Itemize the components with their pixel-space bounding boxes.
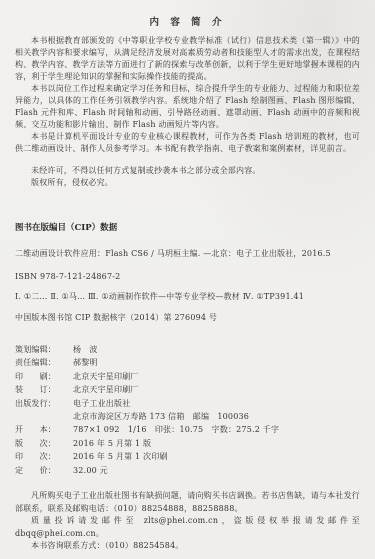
colophon-row: 版 次： 2016 年 5 月第 1 版 <box>15 437 360 450</box>
colophon-block: 策划编辑： 杨 波 责任编辑： 郝黎明 印 刷： 北京天宇星印刷厂 装 订： 北… <box>15 343 360 477</box>
colophon-label: 出版发行： <box>15 397 73 410</box>
colophon-row: 出版发行： 电子工业出版社 <box>15 397 360 410</box>
colophon-label <box>15 410 73 423</box>
colophon-value: 郝黎明 <box>73 356 360 369</box>
cip-data-block: 图书在版编目（CIP）数据 二维动画设计软件应用：Flash CS6 / 马玥桓… <box>15 221 360 323</box>
colophon-value: 2016 年 5 月第 1 版 <box>73 437 360 450</box>
colophon-value: 电子工业出版社 <box>73 397 360 410</box>
colophon-row: 印 刷： 北京天宇星印刷厂 <box>15 370 360 383</box>
service-line: 质量投诉请发邮件至 zlts@phei.com.cn，盗版侵权举报请发邮件至 d… <box>15 515 360 540</box>
cip-record-number: 中国版本图书馆 CIP 数据核字（2014）第 276094 号 <box>15 312 360 323</box>
colophon-value: 787×1 092 1/16 印张：10.75 字数：275.2 千字 <box>73 423 360 436</box>
cip-classification-line: Ⅰ. ①二… Ⅱ. ①马… Ⅲ. ①动画制作软件—中等专业学校—教材 Ⅳ. ①T… <box>15 291 360 302</box>
service-line: 凡所购买电子工业出版社图书有缺损问题，请向购买书店调换。若书店售缺，请与本社发行… <box>15 490 360 515</box>
summary-paragraph: 本书是计算机平面设计专业的专业核心课程教材，可作为各类 Flash 培训班的教材… <box>15 131 360 155</box>
copyright-notice-line: 未经许可，不得以任何方式复制或抄袭本书之部分或全部内容。 <box>15 165 360 177</box>
colophon-row: 策划编辑： 杨 波 <box>15 343 360 356</box>
cip-title-line: 二维动画设计软件应用：Flash CS6 / 马玥桓主编. —北京：电子工业出版… <box>15 248 360 259</box>
isbn-line: ISBN 978-7-121-24867-2 <box>15 271 360 282</box>
colophon-value: 杨 波 <box>73 343 360 356</box>
colophon-row: 印 次： 2016 年 5 月第 1 次印刷 <box>15 450 360 463</box>
colophon-label: 开 本： <box>15 423 73 436</box>
colophon-label: 责任编辑： <box>15 356 73 369</box>
colophon-label: 印 次： <box>15 450 73 463</box>
publisher-address: 北京市海淀区万寿路 173 信箱 邮编 100036 <box>73 410 360 423</box>
colophon-row: 定 价： 32.00 元 <box>15 464 360 477</box>
colophon-row: 北京市海淀区万寿路 173 信箱 邮编 100036 <box>15 410 360 423</box>
content-summary-title: 内 容 简 介 <box>15 14 360 28</box>
colophon-row: 责任编辑： 郝黎明 <box>15 356 360 369</box>
summary-paragraph: 本书根据教育部颁发的《中等职业学校专业教学标准（试行）信息技术类（第一辑）》中的… <box>15 35 360 83</box>
colophon-row: 开 本： 787×1 092 1/16 印张：10.75 字数：275.2 千字 <box>15 423 360 436</box>
colophon-value: 北京天宇星印刷厂 <box>73 370 360 383</box>
colophon-label: 定 价： <box>15 464 73 477</box>
price-value: 32.00 元 <box>73 464 360 477</box>
cip-heading: 图书在版编目（CIP）数据 <box>15 221 360 233</box>
colophon-value: 北京天宇星印刷厂 <box>73 383 360 396</box>
summary-paragraph: 本书以岗位工作过程来确定学习任务和目标，综合提升学生的专业能力、过程能力和职位差… <box>15 83 360 131</box>
colophon-label: 印 刷： <box>15 370 73 383</box>
copyright-notice: 未经许可，不得以任何方式复制或抄袭本书之部分或全部内容。 版权所有，侵权必究。 <box>15 165 360 189</box>
colophon-label: 装 订： <box>15 383 73 396</box>
colophon-value: 2016 年 5 月第 1 次印刷 <box>73 450 360 463</box>
copyright-notice-line: 版权所有，侵权必究。 <box>15 177 360 189</box>
book-copyright-page: 内 容 简 介 本书根据教育部颁发的《中等职业学校专业教学标准（试行）信息技术类… <box>0 0 375 559</box>
colophon-label: 版 次： <box>15 437 73 450</box>
service-info-block: 凡所购买电子工业出版社图书有缺损问题，请向购买书店调换。若书店售缺，请与本社发行… <box>15 490 360 553</box>
colophon-row: 装 订： 北京天宇星印刷厂 <box>15 383 360 396</box>
service-line: 本书咨询联系方式：（010）88254584。 <box>15 540 360 553</box>
colophon-label: 策划编辑： <box>15 343 73 356</box>
